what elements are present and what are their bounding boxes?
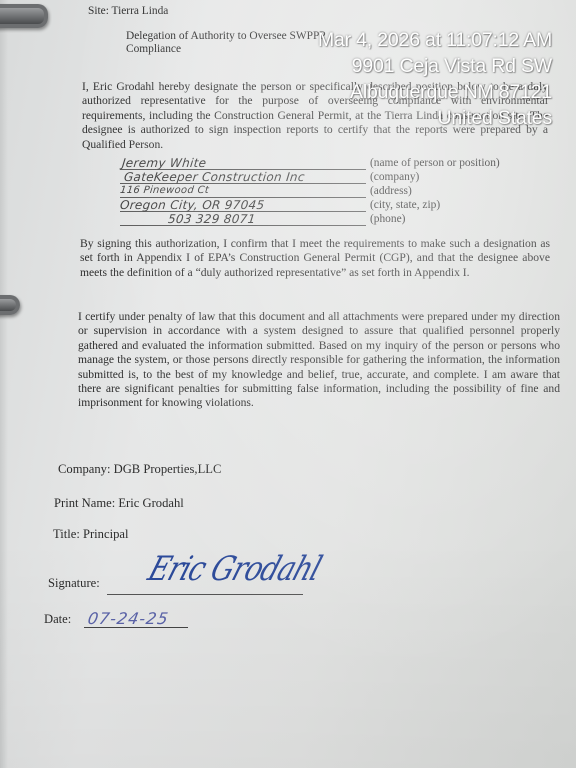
signature-line <box>107 594 303 595</box>
binder-ring-top <box>0 4 48 28</box>
designee-company-value: GateKeeper Construction Inc <box>123 170 305 184</box>
paper-left-edge <box>0 0 8 768</box>
designee-phone-value: 503 329 8071 <box>167 212 256 226</box>
title-line: Title: Principal <box>53 527 128 541</box>
company-line: Company: DGB Properties,LLC <box>58 462 221 476</box>
designee-name-value: Jeremy White <box>121 156 207 170</box>
designee-address-label: (address) <box>370 184 412 198</box>
designee-address-row: 116 Pinewood Ct (address) <box>120 184 520 198</box>
designee-city-row: Oregon City, OR 97045 (city, state, zip) <box>120 198 520 212</box>
designee-address-value: 116 Pinewood Ct <box>119 184 209 198</box>
document-title-line2: Compliance <box>126 43 326 56</box>
designee-city-value: Oregon City, OR 97045 <box>119 198 265 212</box>
stamp-city: Albuquerque NM 87121 <box>318 79 552 105</box>
stamp-street: 9901 Ceja Vista Rd SW <box>318 53 552 79</box>
designee-phone-row: 503 329 8071 (phone) <box>120 212 520 226</box>
stamp-timestamp: Mar 4, 2026 at 11:07:12 AM <box>318 27 552 53</box>
handwritten-date: 07-24-25 <box>86 609 170 628</box>
site-name: Site: Tierra Linda <box>88 4 168 18</box>
designee-phone-label: (phone) <box>370 212 405 226</box>
designee-name-label: (name of person or position) <box>370 156 500 170</box>
authorization-paragraph: By signing this authorization, I confirm… <box>80 237 550 280</box>
signature-label: Signature: <box>48 576 100 590</box>
certification-paragraph: I certify under penalty of law that this… <box>78 310 560 411</box>
document-title: Delegation of Authority to Oversee SWPPP… <box>126 30 326 56</box>
print-name-line: Print Name: Eric Grodahl <box>54 496 184 510</box>
date-label: Date: <box>44 612 71 626</box>
stamp-country: United States <box>318 105 552 131</box>
photo-location-stamp: Mar 4, 2026 at 11:07:12 AM 9901 Ceja Vis… <box>318 27 552 131</box>
designee-city-label: (city, state, zip) <box>370 198 440 212</box>
designee-name-row: Jeremy White (name of person or position… <box>120 156 520 170</box>
binder-ring-middle <box>0 295 20 315</box>
designee-company-row: GateKeeper Construction Inc (company) <box>120 170 520 184</box>
designee-company-label: (company) <box>370 170 419 184</box>
document-title-line1: Delegation of Authority to Oversee SWPPP <box>126 30 326 43</box>
handwritten-signature: Eric Grodahl <box>144 549 326 589</box>
